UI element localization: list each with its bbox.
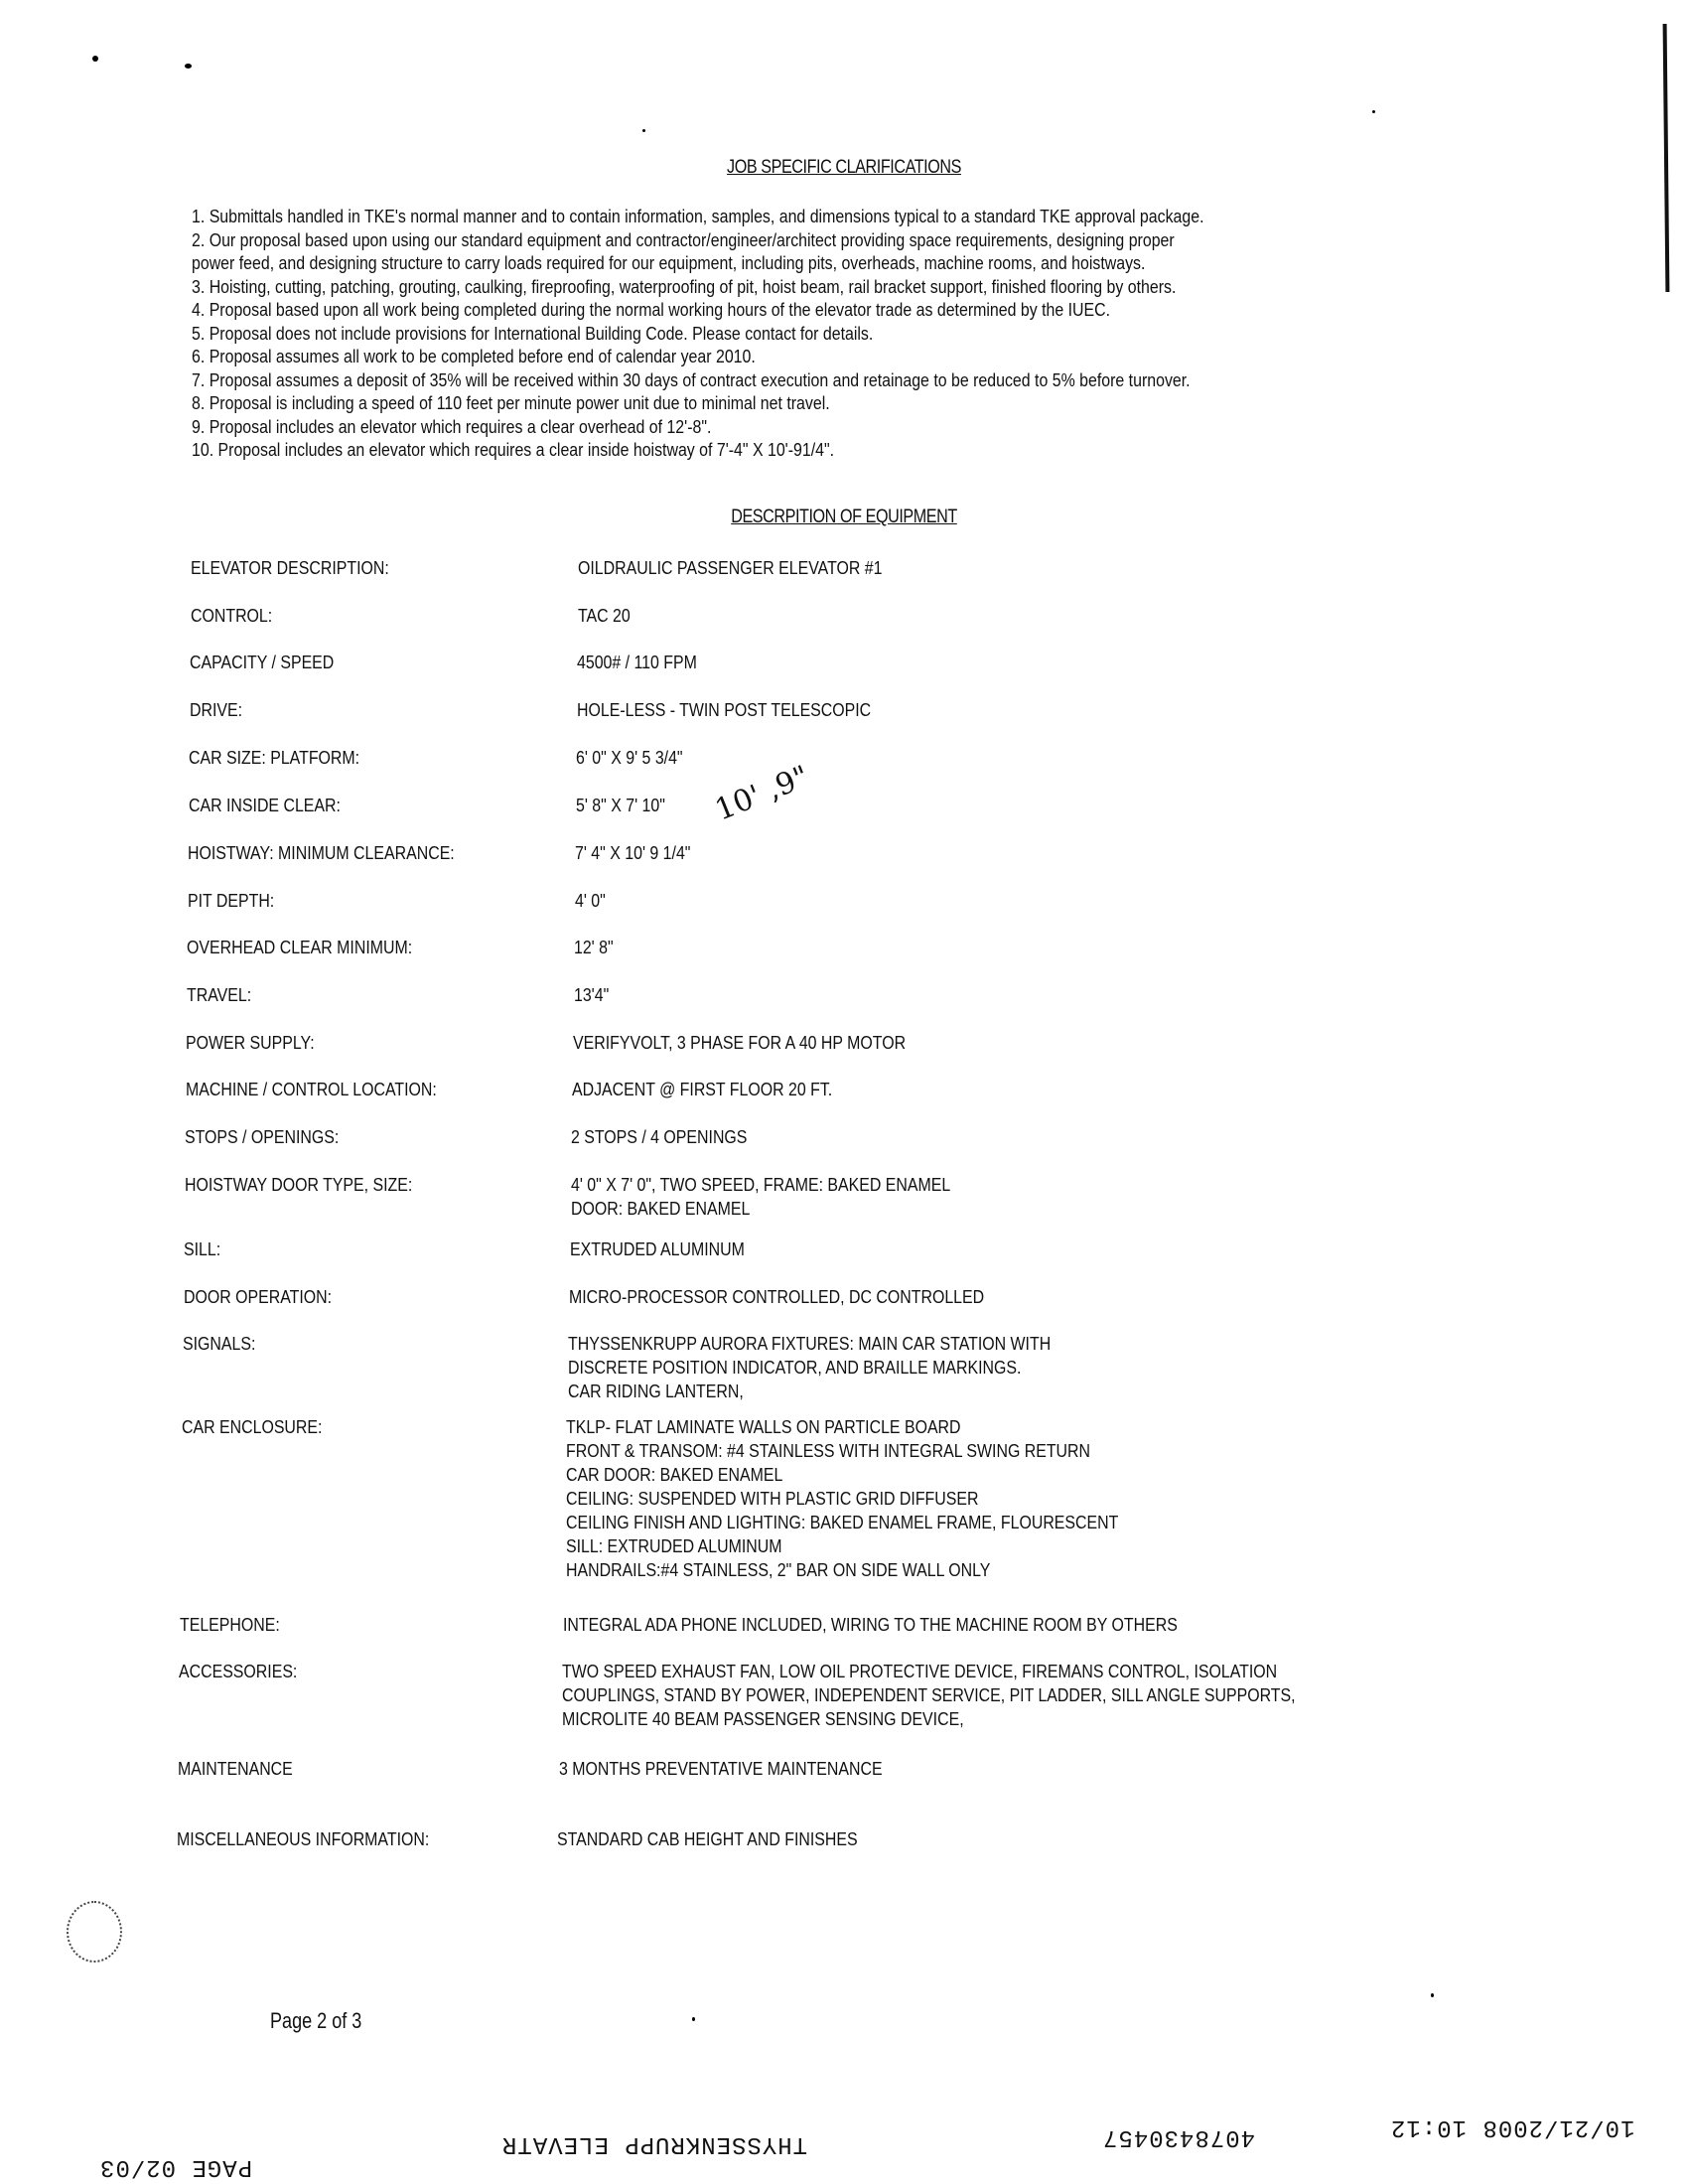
equipment-value: 12' 8" [574, 936, 614, 959]
equipment-value: TKLP- FLAT LAMINATE WALLS ON PARTICLE BO… [566, 1415, 1118, 1582]
equipment-value: 6' 0" X 9' 5 3/4" [576, 746, 683, 770]
equipment-label: MISCELLANEOUS INFORMATION: [177, 1827, 429, 1851]
equipment-value-line: CAR RIDING LANTERN, [568, 1380, 1051, 1403]
fax-datetime: 10/21/2008 10:12 [1390, 2113, 1634, 2140]
equipment-label: POWER SUPPLY: [186, 1031, 315, 1055]
equipment-value: HOLE-LESS - TWIN POST TELESCOPIC [577, 698, 871, 722]
fax-sender: THYSSENKRUPP ELEVATR [501, 2130, 807, 2157]
equipment-value-line: 13'4" [574, 983, 609, 1007]
equipment-value: OILDRAULIC PASSENGER ELEVATOR #1 [578, 556, 883, 580]
equipment-value: STANDARD CAB HEIGHT AND FINISHES [557, 1827, 858, 1851]
equipment-value: INTEGRAL ADA PHONE INCLUDED, WIRING TO T… [563, 1613, 1178, 1637]
page-number: Page 2 of 3 [270, 2008, 361, 2034]
equipment-label: STOPS / OPENINGS: [185, 1125, 339, 1149]
equipment-label: CAR SIZE: PLATFORM: [189, 746, 359, 770]
equipment-label: HOISTWAY DOOR TYPE, SIZE: [185, 1173, 412, 1197]
clarification-item: 3. Hoisting, cutting, patching, grouting… [192, 275, 1302, 299]
clarifications-list: 1. Submittals handled in TKE's normal ma… [192, 205, 1302, 462]
fax-page: PAGE 02/03 [99, 2153, 252, 2180]
equipment-value-line: THYSSENKRUPP AURORA FIXTURES: MAIN CAR S… [568, 1332, 1051, 1356]
equipment-value-line: TWO SPEED EXHAUST FAN, LOW OIL PROTECTIV… [562, 1660, 1296, 1683]
clarification-item: 2. Our proposal based upon using our sta… [192, 228, 1302, 252]
scan-speck [185, 64, 192, 69]
equipment-value-line: FRONT & TRANSOM: #4 STAINLESS WITH INTEG… [566, 1439, 1118, 1463]
equipment-label: TRAVEL: [187, 983, 251, 1007]
equipment-value-line: VERIFYVOLT, 3 PHASE FOR A 40 HP MOTOR [573, 1031, 906, 1055]
equipment-value-line: MICRO-PROCESSOR CONTROLLED, DC CONTROLLE… [569, 1285, 984, 1309]
equipment-value: 4' 0" X 7' 0", TWO SPEED, FRAME: BAKED E… [571, 1173, 950, 1221]
equipment-value-line: STANDARD CAB HEIGHT AND FINISHES [557, 1827, 858, 1851]
equipment-label: ELEVATOR DESCRIPTION: [191, 556, 389, 580]
equipment-label: DRIVE: [190, 698, 242, 722]
equipment-label: HOISTWAY: MINIMUM CLEARANCE: [188, 841, 455, 865]
equipment-label: OVERHEAD CLEAR MINIMUM: [187, 936, 412, 959]
scan-speck [1431, 1993, 1434, 1997]
equipment-value-line: TKLP- FLAT LAMINATE WALLS ON PARTICLE BO… [566, 1415, 1118, 1439]
scan-speck [1372, 110, 1375, 113]
clarification-item: 1. Submittals handled in TKE's normal ma… [192, 205, 1302, 228]
equipment-value-line: 2 STOPS / 4 OPENINGS [571, 1125, 747, 1149]
equipment-value: 2 STOPS / 4 OPENINGS [571, 1125, 747, 1149]
equipment-label: SILL: [184, 1238, 220, 1261]
equipment-value: VERIFYVOLT, 3 PHASE FOR A 40 HP MOTOR [573, 1031, 906, 1055]
clarification-item: 5. Proposal does not include provisions … [192, 322, 1302, 346]
clarification-item: 6. Proposal assumes all work to be compl… [192, 345, 1302, 368]
equipment-value-line: 4' 0" X 7' 0", TWO SPEED, FRAME: BAKED E… [571, 1173, 950, 1197]
equipment-label: CAPACITY / SPEED [190, 651, 334, 674]
equipment-label: ACCESSORIES: [179, 1660, 297, 1683]
equipment-label: PIT DEPTH: [188, 889, 274, 913]
clarification-item: 10. Proposal includes an elevator which … [192, 438, 1302, 462]
equipment-label: DOOR OPERATION: [184, 1285, 332, 1309]
equipment-value: 3 MONTHS PREVENTATIVE MAINTENANCE [559, 1757, 883, 1781]
equipment-value: ADJACENT @ FIRST FLOOR 20 FT. [572, 1078, 832, 1101]
handwritten-annotation: 10' ,9" [710, 759, 813, 827]
equipment-value: 4500# / 110 FPM [577, 651, 697, 674]
equipment-title: DESCRPITION OF EQUIPMENT [713, 507, 975, 528]
equipment-value: 7' 4" X 10' 9 1/4" [575, 841, 690, 865]
equipment-label: SIGNALS: [183, 1332, 255, 1356]
equipment-value-line: OILDRAULIC PASSENGER ELEVATOR #1 [578, 556, 883, 580]
equipment-value-line: 12' 8" [574, 936, 614, 959]
equipment-label: CONTROL: [191, 604, 272, 628]
equipment-value: 13'4" [574, 983, 609, 1007]
equipment-label: MACHINE / CONTROL LOCATION: [186, 1078, 437, 1101]
equipment-value: TAC 20 [578, 604, 631, 628]
equipment-label: MAINTENANCE [178, 1757, 293, 1781]
clarification-item: 8. Proposal is including a speed of 110 … [192, 391, 1302, 415]
equipment-value-line: 7' 4" X 10' 9 1/4" [575, 841, 690, 865]
equipment-value-line: SILL: EXTRUDED ALUMINUM [566, 1534, 1118, 1558]
equipment-value: TWO SPEED EXHAUST FAN, LOW OIL PROTECTIV… [562, 1660, 1296, 1731]
equipment-value-line: 3 MONTHS PREVENTATIVE MAINTENANCE [559, 1757, 883, 1781]
equipment-value: MICRO-PROCESSOR CONTROLLED, DC CONTROLLE… [569, 1285, 984, 1309]
punch-hole-mark [67, 1901, 122, 1963]
scan-speck [92, 56, 98, 62]
equipment-value-line: MICROLITE 40 BEAM PASSENGER SENSING DEVI… [562, 1707, 1296, 1731]
equipment-value-line: CEILING: SUSPENDED WITH PLASTIC GRID DIF… [566, 1487, 1118, 1511]
equipment-value: THYSSENKRUPP AURORA FIXTURES: MAIN CAR S… [568, 1332, 1051, 1403]
equipment-value-line: HOLE-LESS - TWIN POST TELESCOPIC [577, 698, 871, 722]
equipment-value-line: 4' 0" [575, 889, 606, 913]
equipment-value-line: CAR DOOR: BAKED ENAMEL [566, 1463, 1118, 1487]
scan-speck [642, 129, 645, 132]
clarifications-title: JOB SPECIFIC CLARIFICATIONS [718, 157, 971, 179]
equipment-value-line: 5' 8" X 7' 10" [576, 794, 665, 817]
equipment-value-line: 6' 0" X 9' 5 3/4" [576, 746, 683, 770]
clarification-item: 7. Proposal assumes a deposit of 35% wil… [192, 368, 1302, 392]
equipment-value-line: ADJACENT @ FIRST FLOOR 20 FT. [572, 1078, 832, 1101]
equipment-value-line: TAC 20 [578, 604, 631, 628]
equipment-value: EXTRUDED ALUMINUM [570, 1238, 745, 1261]
equipment-value-line: DISCRETE POSITION INDICATOR, AND BRAILLE… [568, 1356, 1051, 1380]
equipment-value-line: CEILING FINISH AND LIGHTING: BAKED ENAME… [566, 1511, 1118, 1534]
equipment-value-line: COUPLINGS, STAND BY POWER, INDEPENDENT S… [562, 1683, 1296, 1707]
equipment-value-line: EXTRUDED ALUMINUM [570, 1238, 745, 1261]
fax-phone: 4078430457 [1102, 2123, 1255, 2150]
clarification-item: 9. Proposal includes an elevator which r… [192, 415, 1302, 439]
scan-speck [692, 2017, 695, 2021]
equipment-label: TELEPHONE: [180, 1613, 280, 1637]
equipment-value: 4' 0" [575, 889, 606, 913]
equipment-label: CAR INSIDE CLEAR: [189, 794, 341, 817]
equipment-value-line: INTEGRAL ADA PHONE INCLUDED, WIRING TO T… [563, 1613, 1178, 1637]
equipment-value-line: 4500# / 110 FPM [577, 651, 697, 674]
equipment-value-line: HANDRAILS:#4 STAINLESS, 2" BAR ON SIDE W… [566, 1558, 1118, 1582]
scan-edge-line [1663, 24, 1670, 292]
equipment-value: 5' 8" X 7' 10" [576, 794, 665, 817]
clarification-item: 4. Proposal based upon all work being co… [192, 298, 1302, 322]
equipment-label: CAR ENCLOSURE: [182, 1415, 322, 1439]
clarification-item: power feed, and designing structure to c… [192, 251, 1302, 275]
equipment-value-line: DOOR: BAKED ENAMEL [571, 1197, 950, 1221]
